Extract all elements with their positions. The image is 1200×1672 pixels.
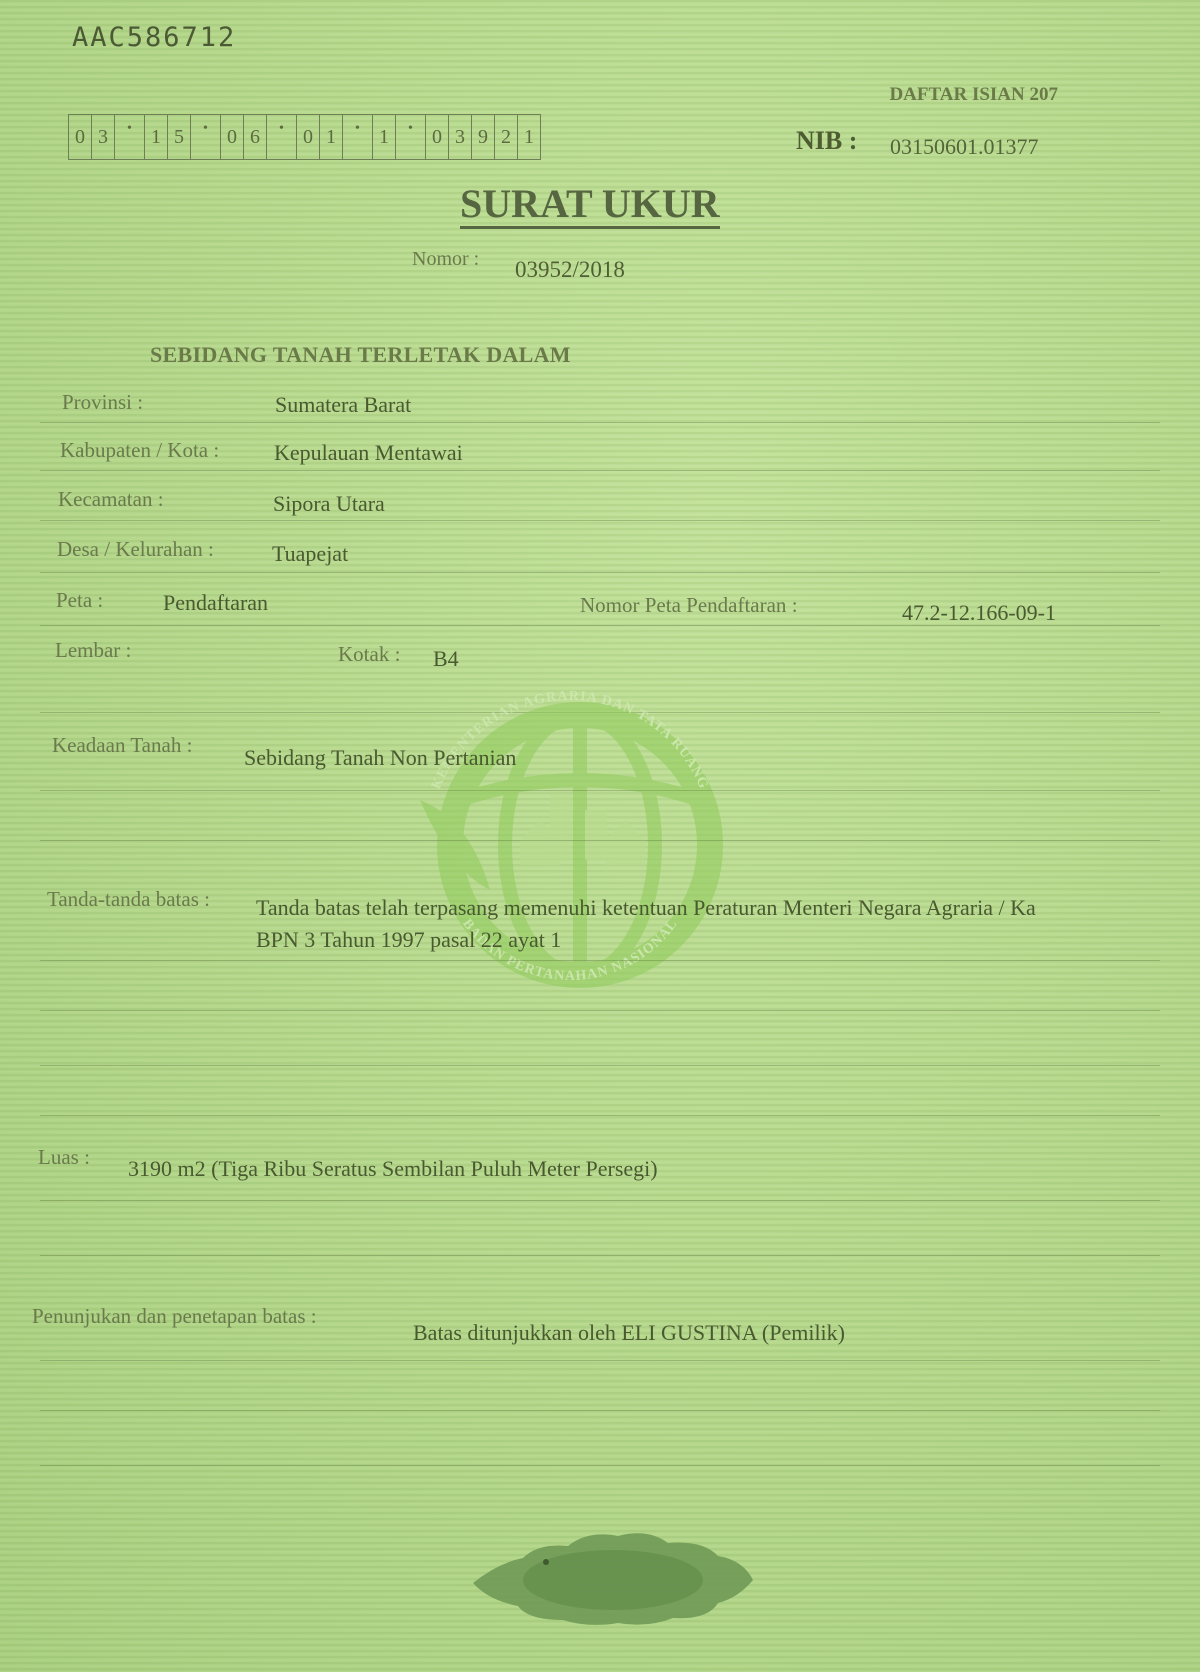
peta-value: Pendaftaran bbox=[163, 590, 268, 616]
code-digit: 1 bbox=[145, 115, 168, 159]
kecamatan-value: Sipora Utara bbox=[273, 491, 385, 517]
document-title: SURAT UKUR bbox=[460, 182, 720, 229]
code-digit: 3 bbox=[449, 115, 472, 159]
divider bbox=[40, 1360, 1160, 1361]
divider bbox=[40, 625, 1160, 626]
code-digit: 9 bbox=[472, 115, 495, 159]
provinsi-value: Sumatera Barat bbox=[275, 392, 411, 418]
code-box-row: 03•15•06•01•1•03921 bbox=[68, 114, 541, 160]
nomor-peta-value: 47.2-12.166-09-1 bbox=[902, 600, 1056, 626]
code-separator: • bbox=[267, 115, 297, 159]
code-separator: • bbox=[191, 115, 221, 159]
nib-label: NIB : bbox=[796, 126, 857, 156]
desa-value: Tuapejat bbox=[272, 541, 348, 567]
code-separator: • bbox=[396, 115, 426, 159]
embossed-seal-icon bbox=[468, 1528, 758, 1628]
penunjukan-value: Batas ditunjukkan oleh ELI GUSTINA (Pemi… bbox=[413, 1320, 845, 1346]
code-digit: 0 bbox=[426, 115, 449, 159]
tanda-batas-label: Tanda-tanda batas : bbox=[47, 887, 210, 912]
code-digit: 1 bbox=[320, 115, 343, 159]
code-digit: 2 bbox=[495, 115, 518, 159]
nomor-value: 03952/2018 bbox=[515, 257, 625, 283]
code-separator: • bbox=[115, 115, 145, 159]
luas-value: 3190 m2 (Tiga Ribu Seratus Sembilan Pulu… bbox=[128, 1156, 658, 1182]
divider bbox=[40, 1010, 1160, 1011]
code-digit: 0 bbox=[221, 115, 244, 159]
tanda-batas-line1: Tanda batas telah terpasang memenuhi ket… bbox=[256, 895, 1036, 921]
code-digit: 5 bbox=[168, 115, 191, 159]
code-digit: 6 bbox=[244, 115, 267, 159]
code-separator: • bbox=[343, 115, 373, 159]
divider bbox=[40, 790, 1160, 791]
kecamatan-label: Kecamatan : bbox=[58, 487, 164, 512]
provinsi-label: Provinsi : bbox=[62, 390, 143, 415]
code-digit: 0 bbox=[69, 115, 92, 159]
section-heading: SEBIDANG TANAH TERLETAK DALAM bbox=[150, 342, 571, 368]
code-digit: 0 bbox=[297, 115, 320, 159]
penunjukan-label: Penunjukan dan penetapan batas : bbox=[32, 1304, 317, 1329]
keadaan-tanah-label: Keadaan Tanah : bbox=[52, 733, 192, 758]
divider bbox=[40, 1200, 1160, 1201]
divider bbox=[40, 572, 1160, 573]
nib-value: 03150601.01377 bbox=[890, 134, 1039, 160]
desa-label: Desa / Kelurahan : bbox=[57, 537, 214, 562]
peta-label: Peta : bbox=[56, 588, 103, 613]
lembar-label: Lembar : bbox=[55, 638, 131, 663]
code-digit: 3 bbox=[92, 115, 115, 159]
divider bbox=[40, 1115, 1160, 1116]
nomor-label: Nomor : bbox=[412, 248, 479, 271]
form-label: DAFTAR ISIAN 207 bbox=[889, 84, 1058, 106]
luas-label: Luas : bbox=[38, 1145, 90, 1170]
divider bbox=[40, 1255, 1160, 1256]
divider bbox=[40, 520, 1160, 521]
divider bbox=[40, 1465, 1160, 1466]
divider bbox=[40, 470, 1160, 471]
divider bbox=[40, 1410, 1160, 1411]
divider bbox=[40, 1065, 1160, 1066]
code-digit: 1 bbox=[373, 115, 396, 159]
nomor-peta-label: Nomor Peta Pendaftaran : bbox=[580, 593, 798, 618]
code-digit: 1 bbox=[518, 115, 540, 159]
divider bbox=[40, 960, 1160, 961]
kabupaten-label: Kabupaten / Kota : bbox=[60, 438, 219, 463]
divider bbox=[40, 422, 1160, 423]
kabupaten-value: Kepulauan Mentawai bbox=[274, 440, 463, 466]
divider bbox=[40, 840, 1160, 841]
serial-number: AAC586712 bbox=[72, 22, 236, 53]
keadaan-tanah-value: Sebidang Tanah Non Pertanian bbox=[244, 745, 516, 771]
tanda-batas-line2: BPN 3 Tahun 1997 pasal 22 ayat 1 bbox=[256, 927, 561, 953]
